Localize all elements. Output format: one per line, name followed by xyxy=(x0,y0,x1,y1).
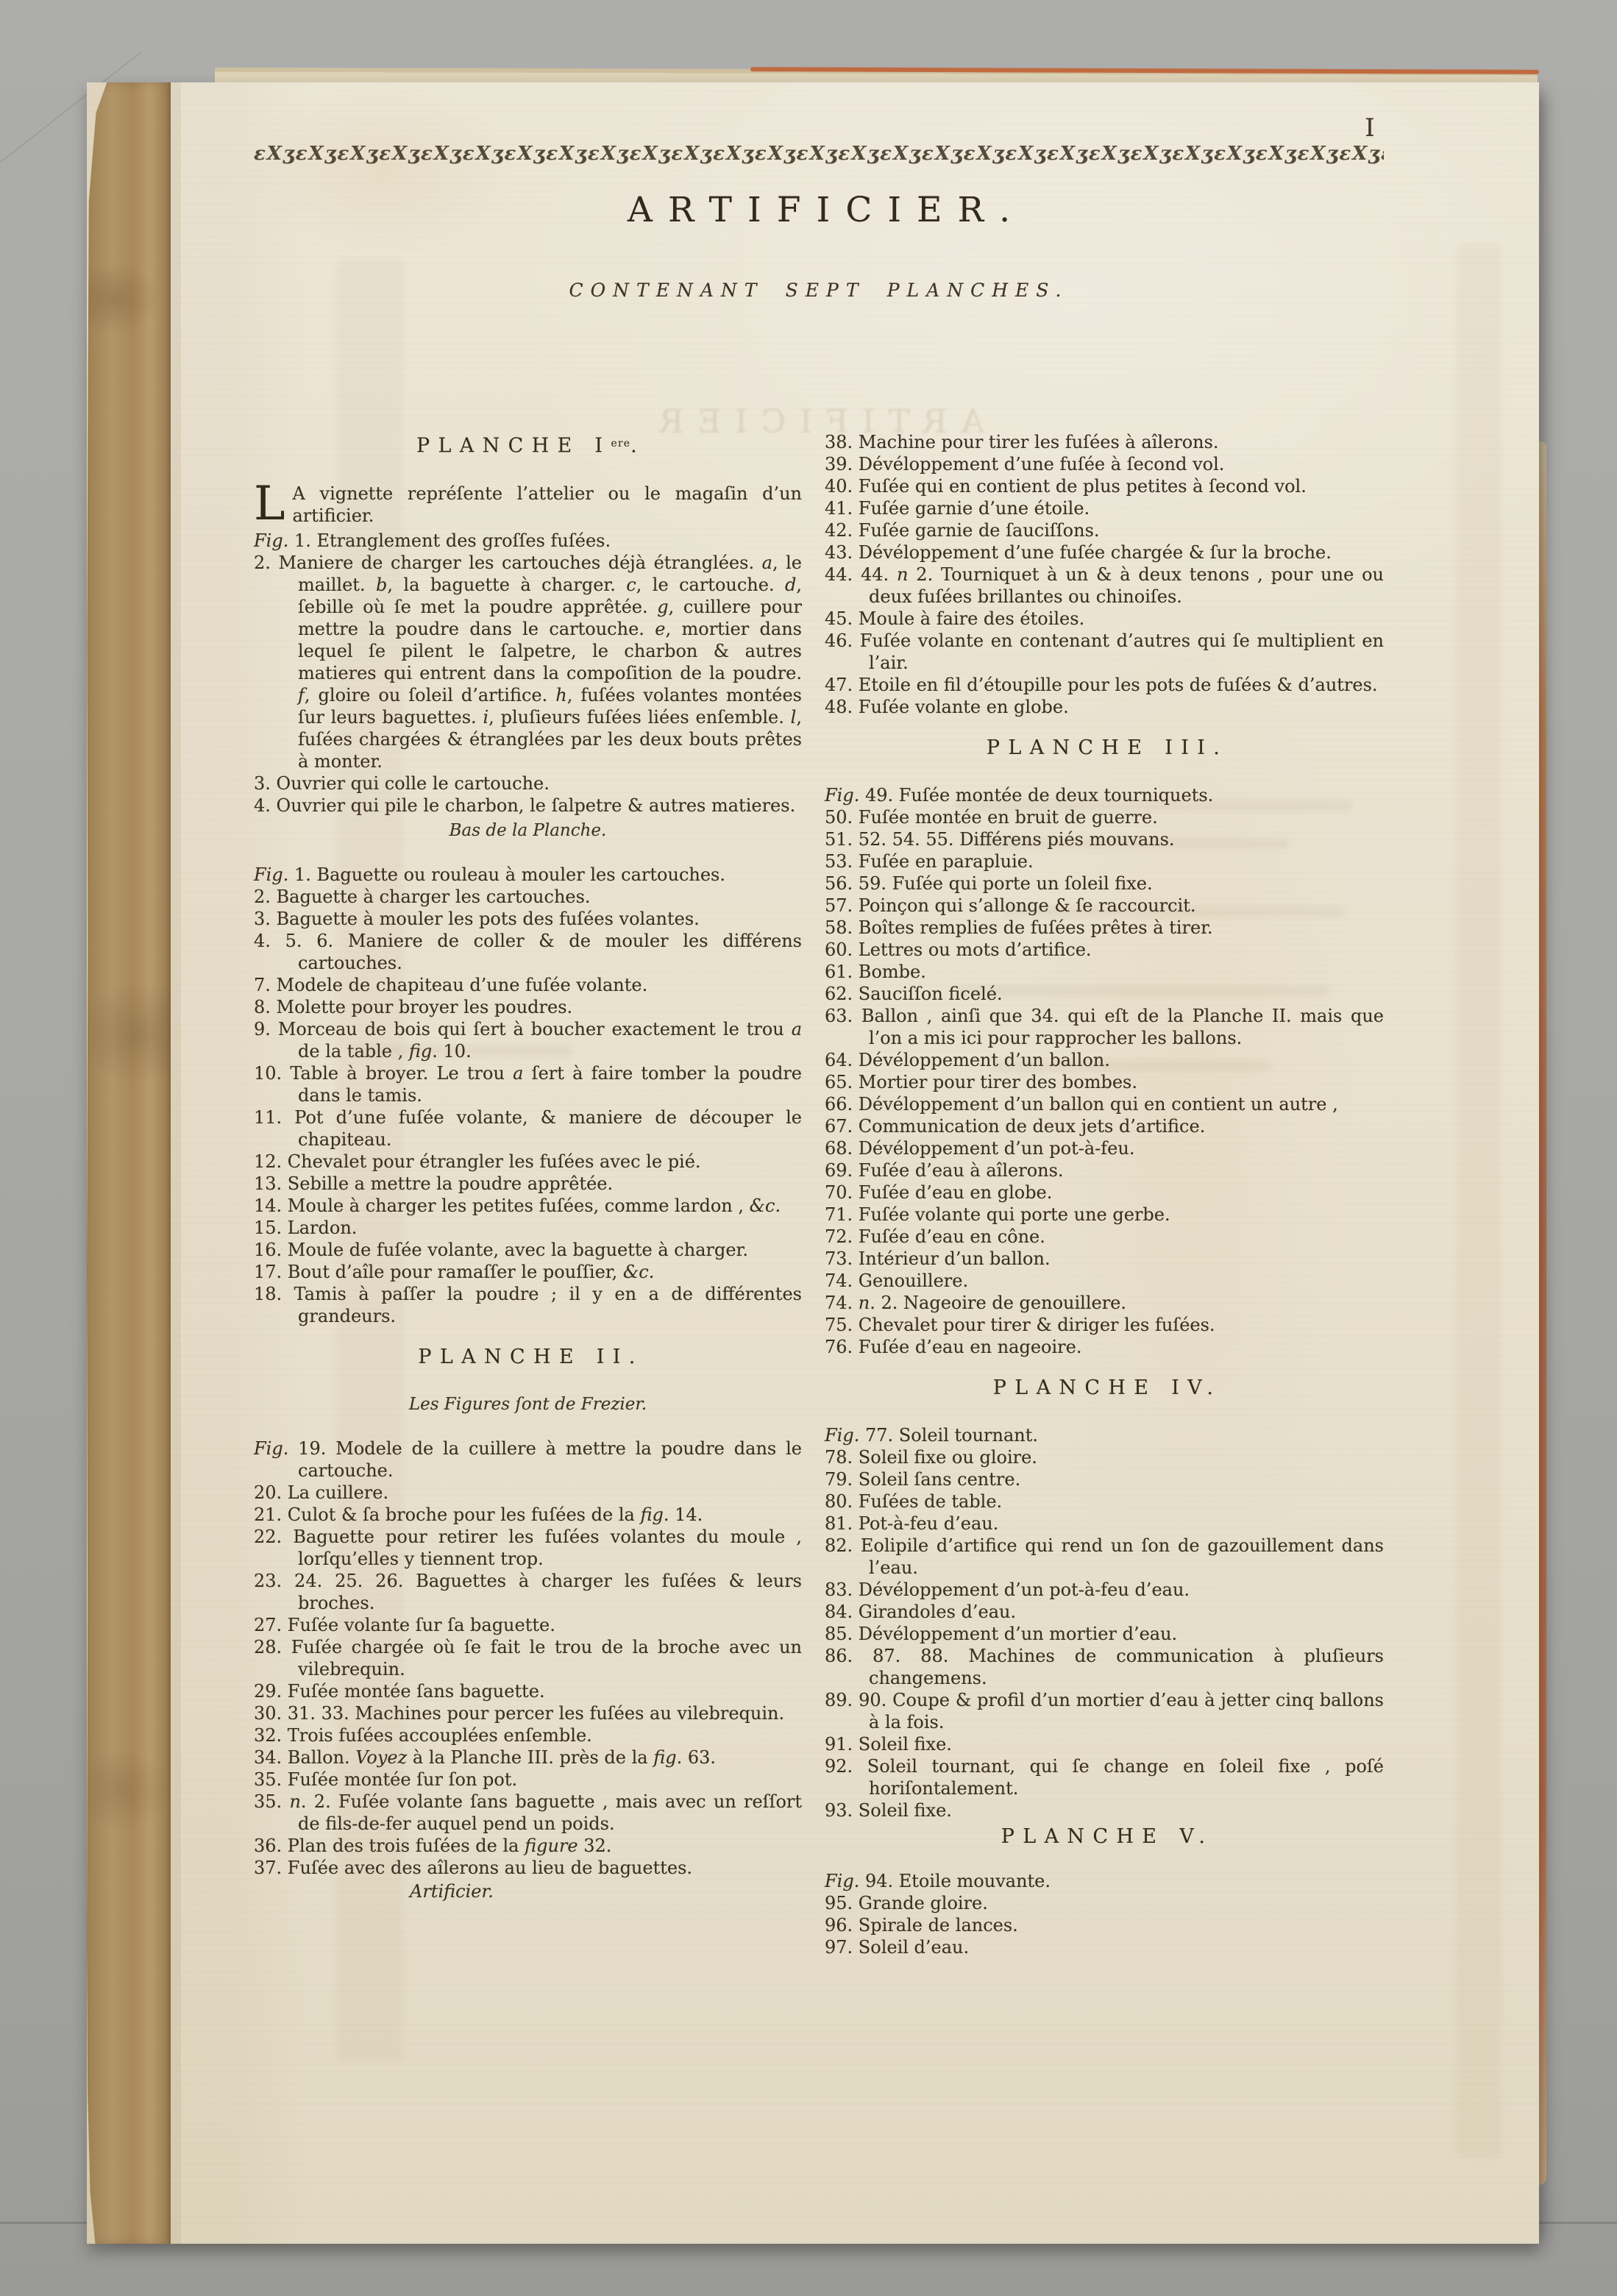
article-subtitle: CONTENANT SEPT PLANCHES. xyxy=(254,280,1384,301)
figure-entry: 22. Baguette pour retirer les fuſées vol… xyxy=(254,1526,802,1570)
figure-number: 28. xyxy=(254,1637,282,1657)
figure-number: 71. xyxy=(825,1204,853,1225)
drop-cap: L xyxy=(254,483,293,522)
figure-entry: 60. Lettres ou mots d’artifice. xyxy=(825,939,1384,961)
section-note: Bas de la Planche. xyxy=(254,820,802,842)
figure-number: 45. xyxy=(825,608,853,629)
figure-entry: Fig. 19. Modele de la cuillere à mettre … xyxy=(254,1437,802,1482)
figure-number: 82. xyxy=(825,1535,853,1556)
figure-number: 12. xyxy=(254,1151,282,1172)
figure-number: 61. xyxy=(825,962,853,982)
figure-number: 92. xyxy=(825,1756,853,1777)
figure-entry: 28. Fuſée chargée où ſe fait le trou de … xyxy=(254,1636,802,1680)
figure-entry: 8. Molette pour broyer les poudres. xyxy=(254,996,802,1018)
figure-number: Fig. 1. xyxy=(254,864,311,885)
page-number: I xyxy=(1337,113,1404,143)
figure-number: 42. xyxy=(825,520,853,541)
figure-entry: 75. Chevalet pour tirer & diriger les fu… xyxy=(825,1314,1384,1336)
figure-entry: 21. Culot & ſa broche pour les fuſées de… xyxy=(254,1504,802,1526)
figure-entry: 42. Fuſée garnie de ſauciſſons. xyxy=(825,519,1384,541)
figure-entry: Fig. 94. Etoile mouvante. xyxy=(825,1870,1384,1892)
figure-number: Fig. 19. xyxy=(254,1438,326,1459)
figure-entry: 62. Sauciſſon ficelé. xyxy=(825,983,1384,1005)
figure-number: 4. 5. 6. xyxy=(254,931,333,951)
figure-entry: 41. Fuſée garnie d’une étoile. xyxy=(825,497,1384,519)
section-note: Les Figures ſont de Frezier. xyxy=(254,1393,802,1415)
figure-number: 7. xyxy=(254,975,271,995)
figure-entry: 35. n. 2. Fuſée volante ſans baguette , … xyxy=(254,1791,802,1835)
figure-number: 40. xyxy=(825,476,853,497)
figure-number: 44. 44. n 2. xyxy=(825,564,933,585)
figure-number: 20. xyxy=(254,1482,282,1503)
figure-number: 38. xyxy=(825,432,853,452)
figure-entry: 11. Pot d’une fuſée volante, & maniere d… xyxy=(254,1106,802,1151)
figure-number: 18. xyxy=(254,1284,282,1304)
figure-number: 62. xyxy=(825,984,853,1004)
figure-entry: 27. Fuſée volante ſur ſa baguette. xyxy=(254,1614,802,1636)
figure-entry: 14. Moule à charger les petites fuſées, … xyxy=(254,1195,802,1217)
figure-entry: 96. Spirale de lances. xyxy=(825,1914,1384,1936)
figure-entry: 63. Ballon , ainſi que 34. qui eſt de la… xyxy=(825,1005,1384,1049)
figure-number: 11. xyxy=(254,1107,282,1128)
figure-number: 76. xyxy=(825,1337,853,1357)
figure-entry: Fig. 1. Baguette ou rouleau à mouler les… xyxy=(254,864,802,886)
figure-entry: Fig. 1. Etranglement des groſſes fuſées. xyxy=(254,530,802,552)
figure-entry: 43. Dévéloppement d’une fuſée chargée & … xyxy=(825,541,1384,564)
figure-number: 64. xyxy=(825,1050,853,1070)
figure-entry: 29. Fuſée montée ſans baguette. xyxy=(254,1680,802,1702)
figure-number: 74. n. 2. xyxy=(825,1293,898,1313)
figure-number: 75. xyxy=(825,1315,853,1335)
figure-number: 8. xyxy=(254,997,271,1017)
figure-entry: 13. Sebille a mettre la poudre apprêtée. xyxy=(254,1173,802,1195)
figure-entry: 78. Soleil fixe ou gloire. xyxy=(825,1446,1384,1468)
figure-entry: 73. Intérieur d’un ballon. xyxy=(825,1248,1384,1270)
figure-number: 46. xyxy=(825,630,853,651)
figure-entry: 86. 87. 88. Machines de communication à … xyxy=(825,1645,1384,1689)
figure-number: 37. xyxy=(254,1858,282,1878)
figure-number: 27. xyxy=(254,1615,282,1635)
figure-entry: 64. Dévéloppement d’un ballon. xyxy=(825,1049,1384,1071)
intro-paragraph: LA vignette repréſente l’attelier ou le … xyxy=(254,483,802,527)
figure-number: 13. xyxy=(254,1173,282,1194)
figure-entry: 35. Fuſée montée ſur ſon pot. xyxy=(254,1769,802,1791)
figure-entry: 4. 5. 6. Maniere de coller & de mouler l… xyxy=(254,930,802,974)
figure-entry: 72. Fuſée d’eau en cône. xyxy=(825,1226,1384,1248)
planche-section: 38. Machine pour tirer les fuſées à aîle… xyxy=(825,431,1384,718)
figure-entry: 85. Dévéloppement d’un mortier d’eau. xyxy=(825,1623,1384,1645)
figure-entry: 30. 31. 33. Machines pour percer les fuſ… xyxy=(254,1702,802,1724)
figure-entry: 36. Plan des trois fuſées de la figure 3… xyxy=(254,1835,802,1857)
figure-number: 79. xyxy=(825,1469,853,1490)
figure-number: 32. xyxy=(254,1725,282,1746)
figure-number: 89. 90. xyxy=(825,1690,886,1710)
figure-number: 51. 52. 54. 55. xyxy=(825,829,954,850)
figure-number: 14. xyxy=(254,1195,282,1216)
figure-entry: 34. Ballon. Voyez à la Planche III. près… xyxy=(254,1746,802,1769)
figure-entry: 82. Eolipile d’artifice qui rend un ſon … xyxy=(825,1535,1384,1579)
figure-entry: 15. Lardon. xyxy=(254,1217,802,1239)
figure-entry: 2. Maniere de charger les cartouches déj… xyxy=(254,552,802,772)
figure-entry: 20. La cuillere. xyxy=(254,1482,802,1504)
figure-entry: 16. Moule de fuſée volante, avec la bagu… xyxy=(254,1239,802,1261)
figure-number: 47. xyxy=(825,675,853,695)
figure-entry: 45. Moule à faire des étoiles. xyxy=(825,608,1384,630)
figure-entry: 9. Morceau de bois qui ſert à boucher ex… xyxy=(254,1018,802,1062)
figure-number: 9. xyxy=(254,1019,271,1039)
figure-number: 10. xyxy=(254,1063,282,1084)
planche-heading: PLANCHE II. xyxy=(254,1346,802,1368)
figure-entry: 91. Soleil fixe. xyxy=(825,1733,1384,1755)
figure-entry: Fig. 77. Soleil tournant. xyxy=(825,1424,1384,1446)
figure-entry: 65. Mortier pour tirer des bombes. xyxy=(825,1071,1384,1093)
figure-number: 95. xyxy=(825,1893,853,1913)
figure-number: 43. xyxy=(825,542,853,563)
figure-number: 34. xyxy=(254,1747,282,1768)
column-left: PLANCHE Iere.LA vignette repréſente l’at… xyxy=(254,431,802,1958)
article-title: ARTIFICIER. xyxy=(254,190,1384,230)
figure-number: 93. xyxy=(825,1800,853,1821)
figure-number: 69. xyxy=(825,1160,853,1181)
figure-entry: 37. Fuſée avec des aîlerons au lieu de b… xyxy=(254,1857,802,1879)
figure-entry: 3. Baguette à mouler les pots des fuſées… xyxy=(254,908,802,930)
figure-entry: 79. Soleil ſans centre. xyxy=(825,1468,1384,1490)
figure-entry: 89. 90. Coupe & profil d’un mortier d’ea… xyxy=(825,1689,1384,1733)
figure-number: 72. xyxy=(825,1226,853,1247)
figure-number: 56. 59. xyxy=(825,873,886,894)
text-columns: PLANCHE Iere.LA vignette repréſente l’at… xyxy=(254,431,1384,1958)
figure-entry: 47. Etoile en fil d’étoupille pour les p… xyxy=(825,674,1384,696)
figure-entry: 67. Communication de deux jets d’artific… xyxy=(825,1115,1384,1137)
figure-number: 70. xyxy=(825,1182,853,1203)
figure-number: 3. xyxy=(254,773,271,794)
figure-number: 17. xyxy=(254,1262,282,1282)
figure-entry: 2. Baguette à charger les cartouches. xyxy=(254,886,802,908)
planche-heading: PLANCHE V. xyxy=(825,1826,1384,1848)
figure-number: 30. 31. 33. xyxy=(254,1703,349,1724)
planche-section: PLANCHE III.Fig. 49. Fuſée montée de deu… xyxy=(825,737,1384,1358)
figure-number: 85. xyxy=(825,1624,853,1644)
figure-entry: 97. Soleil d’eau. xyxy=(825,1936,1384,1958)
figure-number: 66. xyxy=(825,1094,853,1115)
figure-entry: 74. n. 2. Nageoire de genouillere. xyxy=(825,1292,1384,1314)
figure-number: 80. xyxy=(825,1491,853,1512)
figure-number: 91. xyxy=(825,1734,853,1755)
figure-entry: 46. Fuſée volante en contenant d’autres … xyxy=(825,630,1384,674)
document-page: ARTIFICIER I ɛΧʒɛΧʒɛΧʒɛΧʒɛΧʒɛΧʒɛΧʒɛΧʒɛΧʒ… xyxy=(87,82,1539,2244)
figure-number: 84. xyxy=(825,1602,853,1622)
figure-entry: 58. Boîtes remplies de fuſées prêtes à t… xyxy=(825,917,1384,939)
figure-entry: 56. 59. Fuſée qui porte un ſoleil fixe. xyxy=(825,872,1384,895)
figure-number: 23. 24. 25. 26. xyxy=(254,1571,403,1591)
figure-entry: 83. Dévéloppement d’un pot-à-feu d’eau. xyxy=(825,1579,1384,1601)
figure-entry: 57. Poinçon qui s’allonge & ſe raccourci… xyxy=(825,895,1384,917)
figure-number: 50. xyxy=(825,807,853,828)
figure-number: 4. xyxy=(254,795,271,816)
figure-number: Fig. 94. xyxy=(825,1871,893,1891)
figure-entry: 4. Ouvrier qui pile le charbon, le ſalpe… xyxy=(254,795,802,817)
figure-number: 63. xyxy=(825,1006,853,1026)
figure-entry: 70. Fuſée d’eau en globe. xyxy=(825,1181,1384,1204)
figure-number: 96. xyxy=(825,1915,853,1936)
figure-number: 15. xyxy=(254,1218,282,1238)
figure-entry: 93. Soleil fixe. xyxy=(825,1799,1384,1821)
planche-section: PLANCHE IV.Fig. 77. Soleil tournant.78. … xyxy=(825,1377,1384,1821)
figure-entry: 81. Pot-à-feu d’eau. xyxy=(825,1513,1384,1535)
planche-section: Bas de la Planche.Fig. 1. Baguette ou ro… xyxy=(254,820,802,1327)
figure-number: 35. xyxy=(254,1769,282,1790)
planche-section: PLANCHE V.Fig. 94. Etoile mouvante.95. G… xyxy=(825,1826,1384,1958)
figure-entry: 53. Fuſée en parapluie. xyxy=(825,850,1384,872)
figure-entry: 68. Dévéloppement d’un pot-à-feu. xyxy=(825,1137,1384,1159)
figure-entry: 39. Dévéloppement d’une fuſée à ſecond v… xyxy=(825,453,1384,475)
figure-entry: 66. Dévéloppement d’un ballon qui en con… xyxy=(825,1093,1384,1115)
figure-number: Fig. 77. xyxy=(825,1425,893,1446)
figure-number: 86. 87. 88. xyxy=(825,1646,948,1666)
figure-entry: 10. Table à broyer. Le trou a ſert à fai… xyxy=(254,1062,802,1106)
figure-entry: Fig. 49. Fuſée montée de deux tourniquet… xyxy=(825,784,1384,806)
catchword: Artificier. xyxy=(410,1880,802,1902)
column-right: 38. Machine pour tirer les fuſées à aîle… xyxy=(825,431,1384,1958)
figure-entry: 7. Modele de chapiteau d’une fuſée volan… xyxy=(254,974,802,996)
figure-number: 74. xyxy=(825,1270,853,1291)
figure-number: 41. xyxy=(825,498,853,519)
figure-entry: 44. 44. n 2. Tourniquet à un & à deux te… xyxy=(825,564,1384,608)
figure-entry: 17. Bout d’aîle pour ramaſſer le pouſſie… xyxy=(254,1261,802,1283)
figure-entry: 92. Soleil tournant, qui ſe change en ſo… xyxy=(825,1755,1384,1799)
figure-number: 68. xyxy=(825,1138,853,1159)
figure-number: 67. xyxy=(825,1116,853,1137)
figure-entry: 48. Fuſée volante en globe. xyxy=(825,696,1384,718)
figure-number: 58. xyxy=(825,917,853,938)
figure-number: Fig. 49. xyxy=(825,785,893,806)
figure-entry: 51. 52. 54. 55. Différens piés mouvans. xyxy=(825,828,1384,850)
figure-entry: 12. Chevalet pour étrangler les fuſées a… xyxy=(254,1151,802,1173)
figure-number: 2. xyxy=(254,886,271,907)
figure-entry: 3. Ouvrier qui colle le cartouche. xyxy=(254,772,802,795)
planche-heading: PLANCHE Iere. xyxy=(254,433,802,458)
figure-number: 81. xyxy=(825,1513,853,1534)
figure-entry: 80. Fuſées de table. xyxy=(825,1490,1384,1513)
figure-number: 83. xyxy=(825,1579,853,1600)
figure-entry: 32. Trois fuſées accouplées enſemble. xyxy=(254,1724,802,1746)
figure-number: 36. xyxy=(254,1835,282,1856)
figure-number: 60. xyxy=(825,939,853,960)
figure-entry: 74. Genouillere. xyxy=(825,1270,1384,1292)
figure-entry: 61. Bombe. xyxy=(825,961,1384,983)
figure-number: 73. xyxy=(825,1248,853,1269)
figure-number: 57. xyxy=(825,895,853,916)
planche-heading: PLANCHE IV. xyxy=(825,1377,1384,1399)
figure-number: 48. xyxy=(825,697,853,717)
figure-entry: 23. 24. 25. 26. Baguettes à charger les … xyxy=(254,1570,802,1614)
figure-number: 16. xyxy=(254,1240,282,1260)
figure-number: 21. xyxy=(254,1504,282,1525)
figure-entry: 84. Girandoles d’eau. xyxy=(825,1601,1384,1623)
planche-heading: PLANCHE III. xyxy=(825,737,1384,759)
figure-entry: 50. Fuſée montée en bruit de guerre. xyxy=(825,806,1384,828)
figure-number: 53. xyxy=(825,851,853,872)
figure-entry: 71. Fuſée volante qui porte une gerbe. xyxy=(825,1204,1384,1226)
figure-number: 78. xyxy=(825,1447,853,1468)
figure-number: 3. xyxy=(254,909,271,929)
figure-number: 97. xyxy=(825,1937,853,1958)
figure-number: Fig. 1. xyxy=(254,530,311,551)
planche-section: PLANCHE II.Les Figures ſont de Frezier.F… xyxy=(254,1346,802,1902)
figure-entry: 40. Fuſée qui en contient de plus petite… xyxy=(825,475,1384,497)
binding-strip xyxy=(87,82,171,2244)
figure-entry: 76. Fuſée d’eau en nageoire. xyxy=(825,1336,1384,1358)
figure-number: 22. xyxy=(254,1526,282,1547)
figure-number: 35. n. 2. xyxy=(254,1791,331,1812)
figure-entry: 18. Tamis à paſſer la poudre ; il y en a… xyxy=(254,1283,802,1327)
planche-section: PLANCHE Iere.LA vignette repréſente l’at… xyxy=(254,433,802,817)
figure-number: 2. xyxy=(254,552,271,573)
figure-entry: 38. Machine pour tirer les fuſées à aîle… xyxy=(825,431,1384,453)
figure-entry: 95. Grande gloire. xyxy=(825,1892,1384,1914)
ornament-row: ɛΧʒɛΧʒɛΧʒɛΧʒɛΧʒɛΧʒɛΧʒɛΧʒɛΧʒɛΧʒɛΧʒɛΧʒɛΧʒɛ… xyxy=(254,143,1384,165)
figure-number: 65. xyxy=(825,1072,853,1092)
figure-number: 29. xyxy=(254,1681,282,1702)
figure-number: 39. xyxy=(825,454,853,475)
figure-entry: 69. Fuſée d’eau à aîlerons. xyxy=(825,1159,1384,1181)
